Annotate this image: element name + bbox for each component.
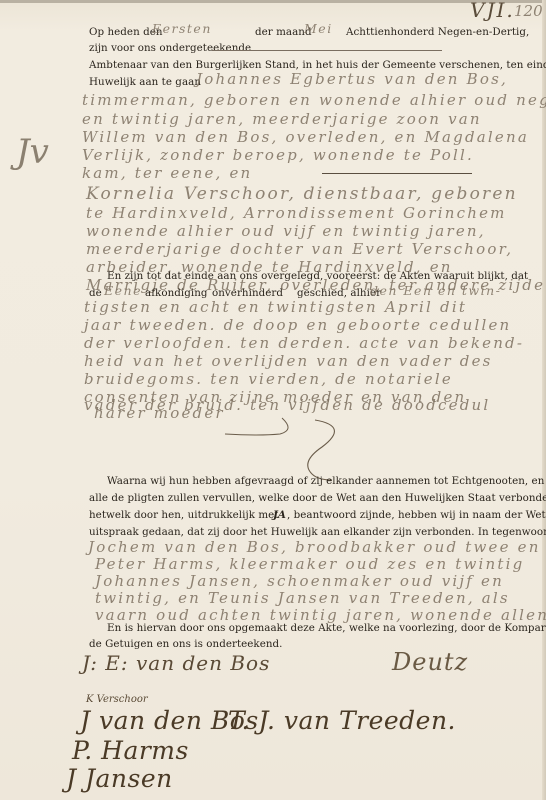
marriage-month: Mei — [304, 21, 333, 36]
document-list-line: jaar tweeden. de doop en geboorte cedull… — [84, 316, 511, 334]
groom-detail-line: en twintig jaren, meerderjarige zoon van — [82, 110, 482, 128]
document-list-line: harer moeder — [94, 404, 225, 422]
signature-registrar: Deutz — [392, 648, 468, 676]
signature-witness2: T. J. van Treeden. — [228, 706, 456, 735]
closing-line1: En is hiervan door ons opgemaakt deze Ak… — [107, 622, 546, 634]
vows-line2: alle de pligten zullen vervullen, welke … — [89, 492, 546, 504]
witness-line: Jochem van den Bos, broodbakker oud twee… — [88, 538, 546, 556]
margin-initials: Jv — [16, 132, 49, 172]
announcement-count: Eene — [104, 283, 142, 298]
witness-line: twintig, en Teunis Jansen van Treeden, a… — [95, 589, 510, 607]
blank-rule — [212, 50, 442, 51]
witness-line: Johannes Jansen, schoenmaker oud vijf en — [95, 572, 504, 590]
bride-detail-line: meerderjarige dochter van Evert Verschoo… — [86, 240, 513, 258]
announcement-dates: den Een en twin- — [370, 283, 501, 298]
signature-bride: K Verschoor — [86, 694, 148, 705]
signature-witness3: P. Harms — [72, 736, 189, 765]
vows-line3-suffix: , beantwoord zijnde, hebben wij in naam … — [287, 509, 546, 521]
document-list-line: der verloofden. ten derden. acte van bek… — [84, 334, 524, 352]
groom-detail-line: Willem van den Bos, overleden, en Magdal… — [82, 128, 529, 146]
vows-line4: uitspraak gedaan, dat zij door het Huwel… — [89, 526, 546, 538]
folio-mark: VJI. — [470, 0, 515, 22]
document-list-line: bruidegoms. ten vierden, de notariele — [84, 370, 453, 388]
bride-detail-line: Kornelia Verschoor, dienstbaar, geboren — [86, 184, 518, 204]
groom-detail-line: Verlijk, zonder beroep, wonende te Poll. — [82, 146, 474, 164]
document-page: VJI. 120 Jv Op heden den Eersten der maa… — [0, 0, 546, 800]
document-list-line: heid van het overlijden van den vader de… — [84, 352, 493, 370]
groom-name: Johannes Egbertus van den Bos, — [196, 70, 508, 88]
closing-line2: de Getuigen en ons is onderteekend. — [89, 638, 283, 650]
marriage-day: Eersten — [152, 21, 212, 36]
groom-detail-line: timmerman, geboren en wonende alhier oud… — [82, 91, 546, 109]
witness-line: Peter Harms, kleermaker oud zes en twint… — [95, 555, 524, 573]
groom-detail-line: kam, ter eene, en — [82, 164, 252, 182]
page-number: 120 — [514, 2, 543, 20]
page-top-edge — [0, 0, 546, 3]
signature-groom: J: E: van den Bos — [82, 651, 270, 675]
document-list-line: tigsten en acht en twintigsten April dit — [84, 298, 467, 316]
opening-line2: zijn voor ons ondergeteekende — [89, 42, 251, 54]
opening-line4-prefix: Huwelijk aan te gaan — [89, 76, 201, 88]
signature-witness4: J Jansen — [66, 764, 173, 793]
bride-detail-line: te Hardinxveld, Arrondissement Gorinchem — [86, 204, 507, 222]
vows-ja: JA — [273, 509, 286, 521]
page-right-edge — [542, 0, 546, 800]
vows-line3-prefix: hetwelk door hen, uitdrukkelijk met — [89, 509, 278, 521]
bride-detail-line: wonende alhier oud vijf en twintig jaren… — [86, 222, 486, 240]
announcement-line1: En zijn tot dat einde aan ons overgelegd… — [107, 270, 528, 282]
vows-line1: Waarna wij hun hebben afgevraagd of zij … — [107, 475, 546, 487]
opening-line1-suffix: Achttienhonderd Negen-en-Dertig, — [346, 26, 529, 38]
closing-flourish — [220, 412, 370, 482]
detail-rule — [322, 173, 472, 174]
